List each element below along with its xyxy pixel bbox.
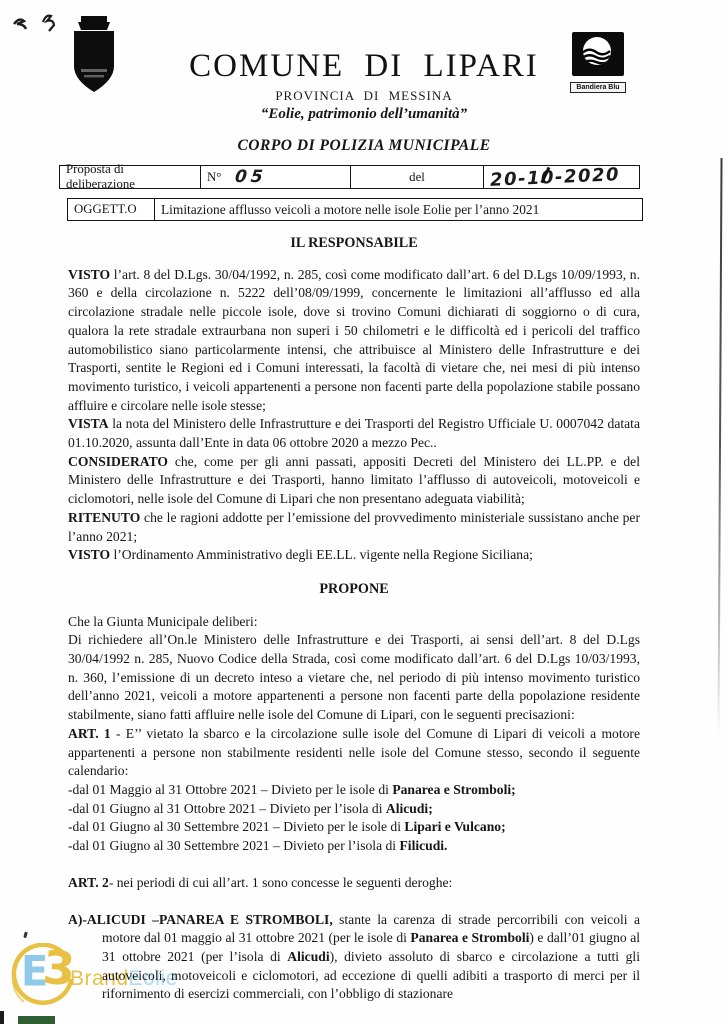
bandiera-blu-label: Bandiera Blu [570, 82, 626, 93]
para-di-richiedere: Di richiedere all’On.le Ministero delle … [68, 631, 640, 725]
para-ritenuto: RITENUTO che le ragioni addotte per l’em… [68, 509, 640, 546]
calendar-line-1: -dal 01 Maggio al 31 Ottobre 2021 – Divi… [68, 781, 640, 800]
motto: “Eolie, patrimonio dell’umanità” [0, 106, 728, 123]
para-art2: ART. 2- nei periodi di cui all’art. 1 so… [68, 874, 640, 893]
proposta-table: Proposta di deliberazione N° 05 del 20-1… [59, 165, 640, 189]
watermark-eolie-text: Eolie [129, 967, 178, 990]
bandiera-blu-icon [572, 32, 624, 76]
para-visto-ordinamento: VISTO l’Ordinamento Amministrativo degli… [68, 546, 640, 565]
handwritten-numero: 05 [234, 167, 268, 187]
ink-squiggle-icon [10, 10, 62, 36]
department-title: CORPO DI POLIZIA MUNICIPALE [0, 137, 728, 155]
calendar-line-4: -dal 01 Giugno al 30 Settembre 2021 – Di… [68, 837, 640, 856]
para-considerato: CONSIDERATO che, come per gli anni passa… [68, 453, 640, 509]
para-art1: ART. 1 - E’’ vietato la sbarco e la circ… [68, 725, 640, 781]
scan-corner-mark [0, 1011, 4, 1024]
proposta-label-cell: Proposta di deliberazione [60, 166, 201, 188]
scanned-document-page: COMUNE DI LIPARI PROVINCIA DI MESSINA “E… [0, 0, 728, 1024]
handwritten-date-text: 20-10-2020 [490, 164, 621, 191]
oggetto-value-cell: Limitazione afflusso veicoli a motore ne… [155, 199, 642, 220]
oggetto-table: OGGETT.O Limitazione afflusso veicoli a … [67, 198, 643, 221]
brandeolie-watermark: E 3 BrandEolie [8, 941, 208, 1024]
watermark-brand-text: Brand [70, 967, 129, 990]
stray-ink-dot [23, 932, 27, 939]
para-vista-nota: VISTA la nota del Ministero delle Infras… [68, 415, 640, 452]
oggetto-label-cell: OGGETT.O [68, 199, 155, 220]
del-label-cell: del [351, 166, 484, 188]
proposta-numero-cell: N° 05 [201, 166, 351, 188]
bandiera-blu-logo: Bandiera Blu [570, 32, 626, 93]
para-giunta: Che la Giunta Municipale deliberi: [68, 613, 640, 632]
watermark-wordmark: BrandEolie [70, 967, 178, 991]
date-cell: 20-10-2020 [484, 166, 639, 188]
calendar-line-3: -dal 01 Giugno al 30 Settembre 2021 – Di… [68, 818, 640, 837]
heading-propone: PROPONE [68, 580, 640, 599]
watermark-green-bar [18, 1016, 55, 1024]
handwritten-date: 20-10-2020 [490, 164, 621, 191]
numero-label: N° [207, 170, 221, 185]
scan-artifact-line [717, 158, 722, 736]
para-visto-dlgs: VISTO l’art. 8 del D.Lgs. 30/04/1992, n.… [68, 266, 640, 416]
document-body: IL RESPONSABILEVISTO l’art. 8 del D.Lgs.… [68, 234, 640, 1004]
calendar-line-2: -dal 01 Giugno al 31 Ottobre 2021 – Divi… [68, 800, 640, 819]
heading-il-responsabile: IL RESPONSABILE [68, 234, 640, 253]
ink-marks [10, 10, 62, 41]
